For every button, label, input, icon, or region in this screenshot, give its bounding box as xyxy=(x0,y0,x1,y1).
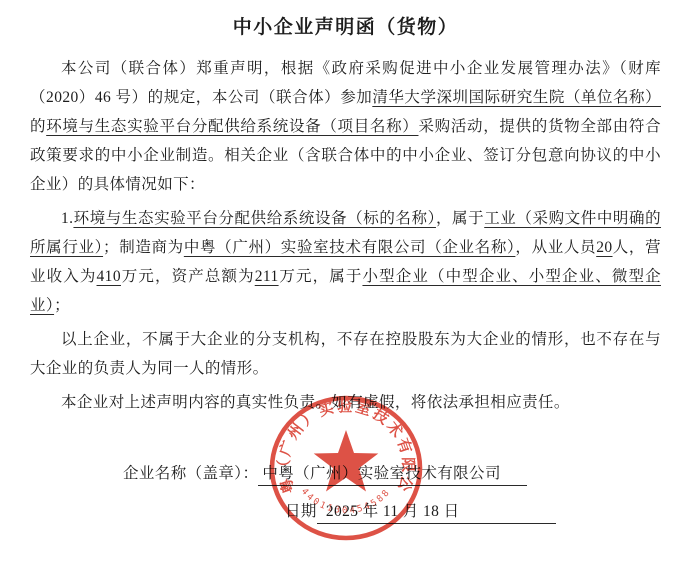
declaration-paragraph-1: 本公司（联合体）郑重声明，根据《政府采购促进中小企业发展管理办法》（财库（202… xyxy=(30,54,661,199)
document-title: 中小企业声明函（货物） xyxy=(30,12,661,39)
paragraph-text: ，属于 xyxy=(436,210,484,227)
paragraph-text: 万元，资产总额为 xyxy=(121,268,255,285)
purchaser-name-fill: 清华大学深圳国际研究生院（单位名称） xyxy=(372,89,661,106)
declaration-paragraph-2: 1.环境与生态实验平台分配供给系统设备（标的名称），属于工业（采购文件中明确的所… xyxy=(30,204,661,320)
paragraph-text: ； xyxy=(54,297,70,314)
company-signature-row: 企业名称（盖章）：中粤（广州）实验室技术有限公司 xyxy=(30,463,661,485)
paragraph-text: 万元，属于 xyxy=(279,268,363,285)
date-fill: 2025 年 11 月 18 日 xyxy=(317,503,556,524)
subject-name-fill: 环境与生态实验平台分配供给系统设备（标的名称） xyxy=(73,210,436,227)
declaration-paragraph-3: 以上企业，不属于大企业的分支机构，不存在控股股东为大企业的情形，也不存在与大企业… xyxy=(30,325,661,383)
manufacturer-name-fill: 中粤（广州）实验室技术有限公司（企业名称） xyxy=(184,239,516,256)
date-label: 日期 xyxy=(285,503,317,520)
paragraph-text: ，从业人员 xyxy=(515,239,596,256)
declaration-paragraph-4: 本企业对上述声明内容的真实性负责。如有虚假，将依法承担相应责任。 xyxy=(30,388,661,417)
document-body: 中小企业声明函（货物） 本公司（联合体）郑重声明，根据《政府采购促进中小企业发展… xyxy=(0,0,689,523)
paragraph-text: 1. xyxy=(61,210,73,227)
declaration-document: 中小企业声明函（货物） 本公司（联合体）郑重声明，根据《政府采购促进中小企业发展… xyxy=(0,0,689,566)
company-signature-label: 企业名称（盖章）： xyxy=(123,465,258,482)
company-name-fill: 中粤（广州）实验室技术有限公司 xyxy=(258,465,527,486)
paragraph-text: 的 xyxy=(30,118,46,135)
assets-fill: 211 xyxy=(255,268,279,285)
employee-count-fill: 20 xyxy=(596,239,612,256)
project-name-fill: 环境与生态实验平台分配供给系统设备（项目名称） xyxy=(46,118,418,135)
paragraph-text: ；制造商为 xyxy=(103,239,184,256)
revenue-fill: 410 xyxy=(97,268,121,285)
date-row: 日期2025 年 11 月 18 日 xyxy=(30,501,661,523)
